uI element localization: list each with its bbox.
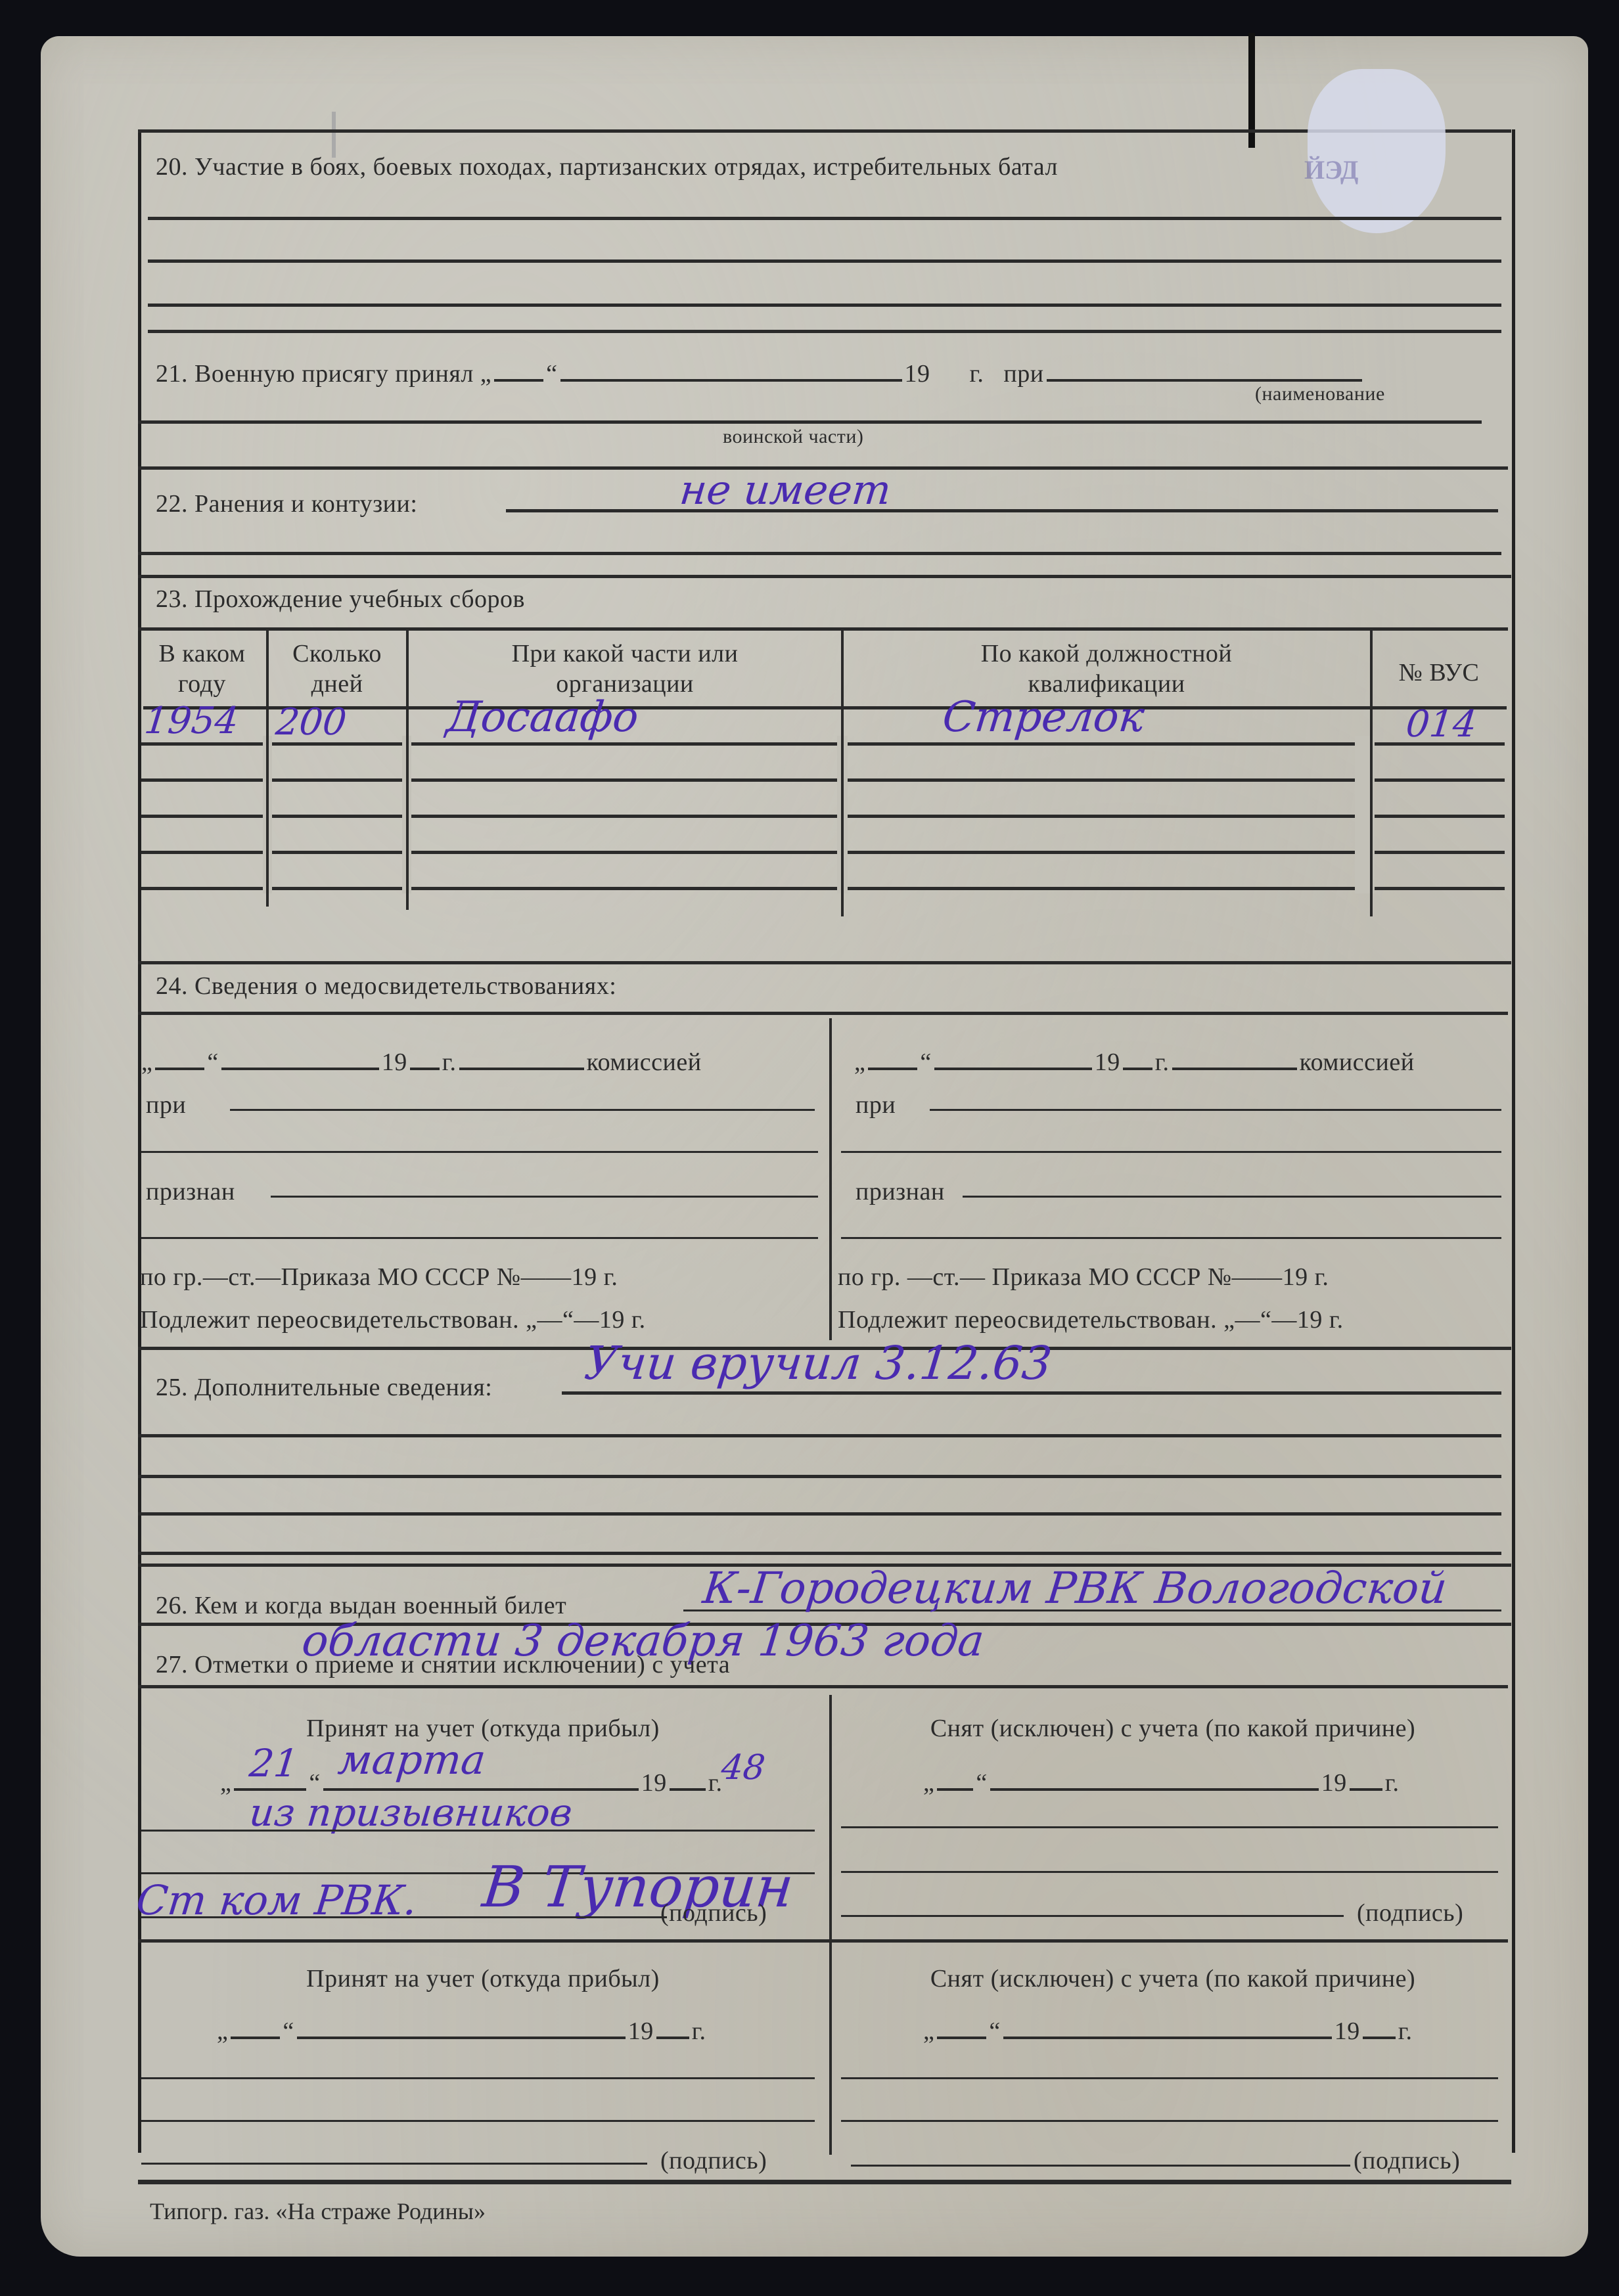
sec26-label: 26. Кем и когда выдан военный билет — [156, 1593, 566, 1618]
medcheck-commission-field[interactable] — [1172, 1068, 1297, 1070]
accepted-line[interactable] — [141, 1830, 815, 1832]
col-header-qualification: По какой должностнойквалификации — [844, 639, 1369, 699]
sec21-label: 21. Военную присягу принял „“19 г. при — [156, 361, 1365, 386]
removed-day-field[interactable] — [937, 2037, 986, 2039]
table-row[interactable] — [141, 815, 1505, 818]
medcheck-line[interactable] — [841, 1237, 1501, 1239]
medcheck-date-left: „“19г.комиссией — [141, 1050, 702, 1075]
medcheck-at-line[interactable] — [230, 1109, 815, 1111]
removed-line[interactable] — [841, 2077, 1498, 2079]
medcheck-month-field[interactable] — [934, 1068, 1092, 1070]
col-divider — [406, 736, 409, 910]
sec21-month-field[interactable] — [560, 379, 902, 382]
signature-hint: (подпись) — [1354, 2148, 1460, 2173]
sec25-line-5[interactable] — [138, 1552, 1501, 1555]
accepted-title-2: Принят на учет (откуда прибыл) — [141, 1966, 825, 1991]
divider — [138, 961, 1511, 964]
removed-month-field[interactable] — [990, 1788, 1319, 1791]
divider — [138, 1939, 1508, 1943]
cell-year: 1954 — [143, 703, 240, 740]
col-header-days: Сколькодней — [268, 639, 406, 699]
sec22-value: не имеет — [678, 470, 893, 510]
medcheck-date-right: „“19г.комиссией — [854, 1050, 1415, 1075]
signature-line[interactable] — [851, 2165, 1350, 2167]
sec20-line-1[interactable] — [148, 217, 1501, 220]
accepted-day-value: 21 — [248, 1744, 300, 1782]
removed-year-field[interactable] — [1350, 1788, 1382, 1791]
medcheck-at-left: при — [146, 1092, 186, 1117]
sec25-value: Учи вручил 3.12.63 — [582, 1340, 1054, 1386]
stamp-mark — [1308, 69, 1446, 233]
sec27-label: 27. Отметки о приеме и снятии исключении… — [156, 1652, 730, 1677]
accepted-date-2: „“19г. — [217, 2019, 706, 2044]
medcheck-day-field[interactable] — [155, 1068, 204, 1070]
medcheck-month-field[interactable] — [221, 1068, 379, 1070]
col-divider — [841, 736, 844, 916]
medcheck-recheck-right: Подлежит переосвидетельствован. „—“—19 г… — [838, 1307, 1344, 1332]
col-divider — [829, 1695, 832, 2155]
sec21-unit-field[interactable] — [1047, 379, 1362, 382]
divider — [138, 2180, 1511, 2184]
sec21-hint-unit: воинской части) — [723, 427, 863, 447]
col-header-vus: № ВУС — [1373, 660, 1505, 685]
sec20-line-2[interactable] — [148, 259, 1501, 263]
medcheck-found-line[interactable] — [271, 1196, 818, 1198]
medcheck-found-right: признан — [855, 1179, 945, 1204]
cell-vus: 014 — [1404, 706, 1478, 743]
removed-line[interactable] — [841, 2120, 1498, 2122]
cell-days: 200 — [274, 704, 348, 741]
signature-line[interactable] — [141, 1916, 667, 1918]
signature-hint: (подпись) — [660, 2148, 767, 2173]
sec20-line-3[interactable] — [148, 304, 1501, 307]
removed-title-2: Снят (исключен) с учета (по какой причин… — [838, 1966, 1508, 1991]
accepted-by-value: Ст ком РВК. — [135, 1880, 419, 1921]
cell-qualification: Стрелок — [941, 696, 1147, 738]
sec25-line-3[interactable] — [138, 1475, 1501, 1478]
sec25-label: 25. Дополнительные сведения: — [156, 1375, 492, 1400]
removed-month-field[interactable] — [1003, 2037, 1332, 2039]
sec26-value-line1: К-Городецким РВК Вологодской — [701, 1567, 1449, 1610]
accepted-line[interactable] — [141, 2120, 815, 2122]
sec21-day-field[interactable] — [494, 379, 543, 382]
removed-title-1: Снят (исключен) с учета (по какой причин… — [838, 1716, 1508, 1741]
table-row[interactable] — [141, 778, 1505, 782]
removed-day-field[interactable] — [937, 1788, 973, 1791]
medcheck-found-line[interactable] — [963, 1196, 1501, 1198]
sec23-label: 23. Прохождение учебных сборов — [156, 587, 525, 612]
divider — [138, 1012, 1508, 1015]
accepted-year-field[interactable] — [656, 2037, 689, 2039]
sec22-line-2[interactable] — [138, 552, 1501, 555]
accepted-line[interactable] — [141, 2077, 815, 2079]
signature-line[interactable] — [141, 2163, 647, 2165]
sec25-line-2[interactable] — [138, 1434, 1501, 1437]
table-row[interactable] — [141, 851, 1505, 854]
divider — [138, 1685, 1508, 1688]
sec21-line-2[interactable] — [138, 420, 1482, 424]
medcheck-line[interactable] — [141, 1151, 818, 1153]
sec20-label: 20. Участие в боях, боевых походах, парт… — [156, 154, 1058, 179]
col-header-unit: При какой части илиорганизации — [409, 639, 841, 699]
divider — [148, 330, 1501, 333]
medcheck-order-left: по гр.—ст.—Приказа МО СССР №——19 г. — [140, 1265, 618, 1290]
sec22-label: 22. Ранения и контузии: — [156, 491, 417, 516]
medcheck-line[interactable] — [141, 1237, 818, 1239]
cell-unit: Досаафо — [445, 696, 641, 738]
col-divider — [829, 1018, 832, 1340]
signature-hint: (подпись) — [1357, 1901, 1463, 1925]
removed-line[interactable] — [841, 1826, 1498, 1828]
sec24-label: 24. Сведения о медосвидетельствованиях: — [156, 974, 616, 999]
signature-line[interactable] — [841, 1915, 1344, 1917]
medcheck-commission-field[interactable] — [459, 1068, 584, 1070]
sec21-hint-name: (наименование — [1255, 384, 1385, 404]
removed-date-1: „“19г. — [923, 1770, 1400, 1795]
sec22-line-1[interactable] — [506, 509, 1498, 512]
accepted-year-field[interactable] — [670, 1788, 706, 1791]
accepted-day-field[interactable] — [231, 2037, 280, 2039]
removed-year-field[interactable] — [1363, 2037, 1396, 2039]
accepted-from-value: из призывников — [248, 1793, 574, 1832]
removed-date-2: „“19г. — [923, 2019, 1413, 2044]
accepted-month-value: марта — [336, 1740, 488, 1780]
table-row[interactable] — [141, 887, 1505, 890]
divider — [138, 627, 1508, 631]
col-header-year: В какомгоду — [138, 639, 266, 699]
table-row[interactable] — [141, 742, 1505, 746]
divider — [138, 129, 1511, 133]
removed-line[interactable] — [841, 1871, 1498, 1873]
medcheck-day-field[interactable] — [868, 1068, 917, 1070]
medcheck-year-field[interactable] — [1123, 1068, 1152, 1070]
medcheck-order-right: по гр. —ст.— Приказа МО СССР №——19 г. — [838, 1265, 1329, 1290]
medcheck-at-line[interactable] — [930, 1109, 1501, 1111]
medcheck-year-field[interactable] — [410, 1068, 440, 1070]
sec25-line-4[interactable] — [138, 1512, 1501, 1516]
divider — [138, 575, 1511, 578]
medcheck-found-left: признан — [146, 1179, 235, 1204]
medcheck-at-right: при — [855, 1092, 896, 1117]
sec25-line-1[interactable] — [562, 1391, 1501, 1395]
stamp-text: ЙЭД — [1304, 154, 1358, 185]
col-divider — [266, 736, 269, 907]
medcheck-line[interactable] — [841, 1151, 1501, 1153]
accepted-month-field[interactable] — [297, 2037, 626, 2039]
medcheck-recheck-left: Подлежит переосвидетельствован. „—“—19 г… — [140, 1307, 646, 1332]
accepted-year-value: 48 — [719, 1751, 767, 1785]
signature-hint: (подпись) — [660, 1901, 767, 1925]
col-divider — [1370, 736, 1373, 916]
printer-imprint: Типогр. газ. «На страже Родины» — [150, 2197, 486, 2225]
